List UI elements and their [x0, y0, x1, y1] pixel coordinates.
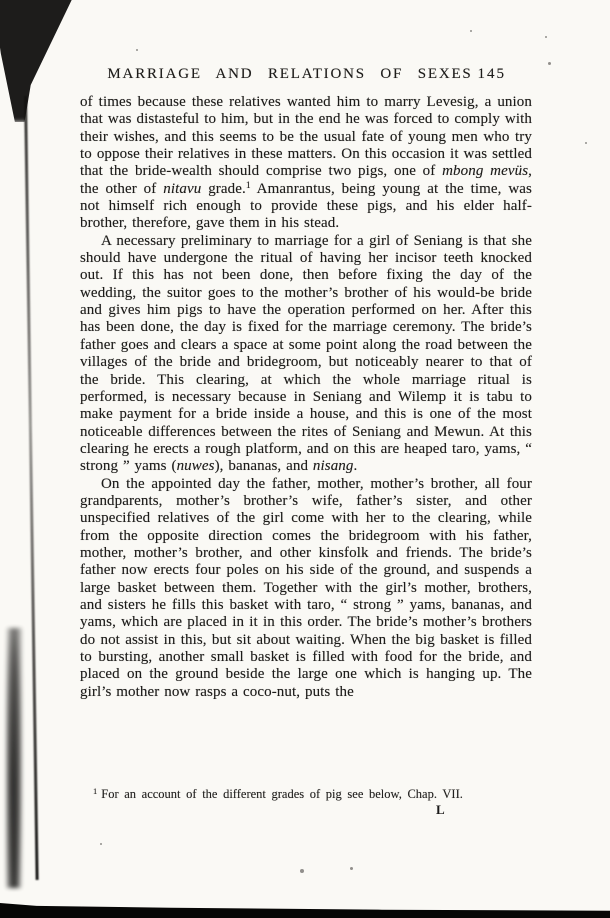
scan-speck: [545, 36, 547, 38]
scan-gutter-shadow: [24, 96, 39, 880]
scan-speck: [136, 49, 138, 51]
page-number: 145: [478, 66, 507, 83]
text-run: ), bananas, and: [215, 458, 313, 474]
italic-term: nitavu: [163, 181, 201, 197]
scan-speck: [470, 30, 472, 32]
italic-term: mbong mevüs: [442, 163, 528, 179]
text-block: MARRIAGE AND RELATIONS OF SEXES 145 of t…: [80, 66, 532, 701]
scan-artifact-top-left-blob: [0, 0, 80, 122]
running-head: MARRIAGE AND RELATIONS OF SEXES 145: [80, 66, 532, 86]
text-run: .: [354, 458, 358, 474]
book-page-scan: MARRIAGE AND RELATIONS OF SEXES 145 of t…: [0, 0, 610, 918]
footnote-text: For an account of the different grades o…: [101, 787, 463, 801]
scan-speck: [300, 869, 304, 873]
paragraph: A necessary preliminary to marriage for …: [80, 233, 532, 476]
scan-gutter-shadow-bottom: [6, 628, 22, 888]
scan-speck: [548, 62, 551, 65]
text-run: A necessary preliminary to marriage for …: [80, 233, 532, 474]
paragraph: of times because these relatives wanted …: [80, 94, 532, 233]
italic-term: nuwes: [177, 458, 215, 474]
italic-term: nisang: [313, 458, 354, 474]
body-text: of times because these relatives wanted …: [80, 94, 532, 701]
scan-speck: [585, 142, 587, 144]
scan-edge-bottom-bar: [0, 902, 610, 918]
scan-speck: [350, 867, 353, 870]
page-title: MARRIAGE AND RELATIONS OF SEXES: [107, 66, 472, 83]
paragraph: On the appointed day the father, mother,…: [80, 476, 532, 701]
scan-speck: [100, 843, 102, 845]
footnote-marker: 1: [93, 786, 97, 796]
signature-mark: L: [436, 802, 445, 818]
footnote: 1For an account of the different grades …: [93, 784, 533, 802]
text-run: grade.: [201, 181, 246, 197]
text-run: On the appointed day the father, mother,…: [80, 476, 532, 700]
